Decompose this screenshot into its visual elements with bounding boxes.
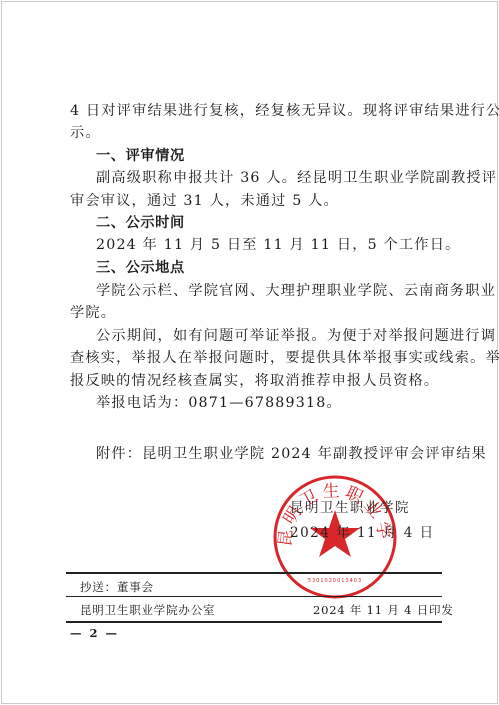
footer-rule-top [66, 572, 442, 574]
section-heading-time: 二、公示时间 [96, 215, 185, 231]
issue-date: 2024 年 11 月 4 日印发 [313, 603, 454, 617]
body-line: 审会审议，通过 31 人，未通过 5 人。 [70, 193, 339, 209]
page-number: — 2 — [70, 626, 119, 640]
document-page: 4 日对评审结果进行复核，经复核无异议。现将评审结果进行公 示。 一、评审情况 … [1, 1, 498, 704]
signature-org: 昆明卫生职业学院 [290, 500, 410, 516]
signature-date: 2024 年 11 月 4 日 [290, 525, 435, 541]
svg-text:5301020013403: 5301020013403 [308, 578, 362, 584]
phone-line: 举报电话为：0871—67889318。 [96, 395, 342, 411]
body-line: 2024 年 11 月 5 日至 11 月 11 日，5 个工作日。 [96, 237, 460, 253]
body-line: 学院。 [70, 305, 116, 321]
section-heading-location: 三、公示地点 [96, 260, 185, 276]
body-line: 查核实，举报人在举报问题时，要提供具体举报事实或线索。举 [70, 350, 499, 366]
body-line: 学院公示栏、学院官网、大理护理职业学院、云南商务职业 [96, 283, 496, 299]
section-heading-review: 一、评审情况 [96, 148, 185, 164]
body-line: 副高级职称申报共计 36 人。经昆明卫生职业学院副教授评 [96, 170, 497, 186]
footer-rule-middle [66, 596, 442, 597]
cc-line: 抄送：董事会 [80, 580, 154, 594]
body-line: 报反映的情况经核查属实，将取消推荐申报人员资格。 [70, 373, 439, 389]
body-line: 公示期间，如有问题可举证举报。为便于对举报问题进行调 [96, 328, 496, 344]
body-line: 4 日对评审结果进行复核，经复核无异议。现将评审结果进行公 [70, 103, 499, 119]
footer-rule-bottom [66, 621, 442, 623]
issuer: 昆明卫生职业学院办公室 [80, 603, 215, 617]
body-line: 示。 [70, 125, 101, 141]
attachment-line: 附件：昆明卫生职业学院 2024 年副教授评审会评审结果 [96, 446, 487, 462]
